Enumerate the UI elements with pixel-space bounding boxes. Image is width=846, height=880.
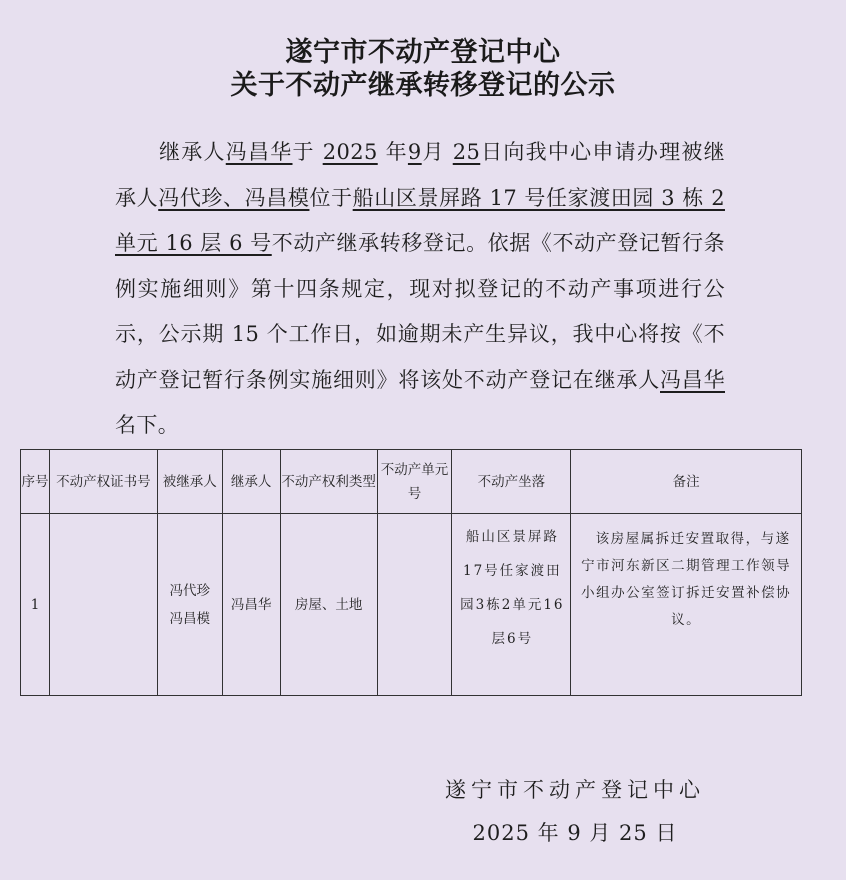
text-segment: 年	[386, 140, 408, 164]
text-segment: 于	[293, 140, 315, 164]
cell-remark: 该房屋属拆迁安置取得，与遂宁市河东新区二期管理工作领导小组办公室签订拆迁安置补偿…	[571, 514, 802, 696]
header-decedent: 被继承人	[157, 450, 222, 514]
text-segment: 名下。	[115, 413, 179, 437]
header-heir: 继承人	[222, 450, 280, 514]
header-index: 序号	[21, 450, 50, 514]
table-row: 1 冯代珍 冯昌模 冯昌华 房屋、土地 船山区景屏路17号任家渡田园3栋2单元1…	[21, 514, 802, 696]
decedent-names: 冯代珍、冯昌模	[158, 186, 309, 210]
cell-location: 船山区景屏路17号任家渡田园3栋2单元16层6号	[452, 514, 571, 696]
remark-text: 该房屋属拆迁安置取得，与遂宁市河东新区二期管理工作领导小组办公室签订拆迁安置补偿…	[581, 531, 791, 628]
heir-name: 冯昌华	[226, 140, 293, 164]
text-segment: 月	[422, 140, 445, 164]
notice-paragraph: 继承人冯昌华于 2025 年9月 25日向我中心申请办理被继承人冯代珍、冯昌模位…	[115, 130, 725, 449]
property-table: 序号 不动产权证书号 被继承人 继承人 不动产权利类型 不动产单元号 不动产坐落…	[20, 449, 802, 696]
table-header-row: 序号 不动产权证书号 被继承人 继承人 不动产权利类型 不动产单元号 不动产坐落…	[21, 450, 802, 514]
cell-index: 1	[21, 514, 50, 696]
cell-right-type: 房屋、土地	[280, 514, 377, 696]
header-right-type: 不动产权利类型	[280, 450, 377, 514]
cell-decedents: 冯代珍 冯昌模	[157, 514, 222, 696]
decedent-2: 冯昌模	[158, 605, 222, 633]
text-segment: 不动产继承转移登记。依据《不动产登记暂行条例实施细则》第十四条规定，现对拟登记的…	[115, 231, 725, 392]
heir-name-again: 冯昌华	[660, 368, 725, 392]
header-certificate-no: 不动产权证书号	[49, 450, 157, 514]
apply-month: 9	[408, 140, 422, 164]
header-remark: 备注	[571, 450, 802, 514]
signature-org: 遂宁市不动产登记中心	[420, 774, 730, 804]
signature-date: 2025 年 9 月 25 日	[420, 817, 730, 847]
text-segment: 继承人	[159, 140, 226, 164]
cell-certificate-no	[49, 514, 157, 696]
cell-unit-no	[377, 514, 452, 696]
decedent-1: 冯代珍	[158, 577, 222, 605]
apply-day: 25	[453, 140, 481, 164]
notice-body: 继承人冯昌华于 2025 年9月 25日向我中心申请办理被继承人冯代珍、冯昌模位…	[115, 130, 725, 449]
header-unit-no: 不动产单元号	[377, 450, 452, 514]
header-location: 不动产坐落	[452, 450, 571, 514]
document-title-line2: 关于不动产继承转移登记的公示	[0, 63, 846, 102]
text-segment: 位于	[309, 186, 352, 210]
apply-year: 2025	[323, 140, 378, 164]
cell-heir: 冯昌华	[222, 514, 280, 696]
